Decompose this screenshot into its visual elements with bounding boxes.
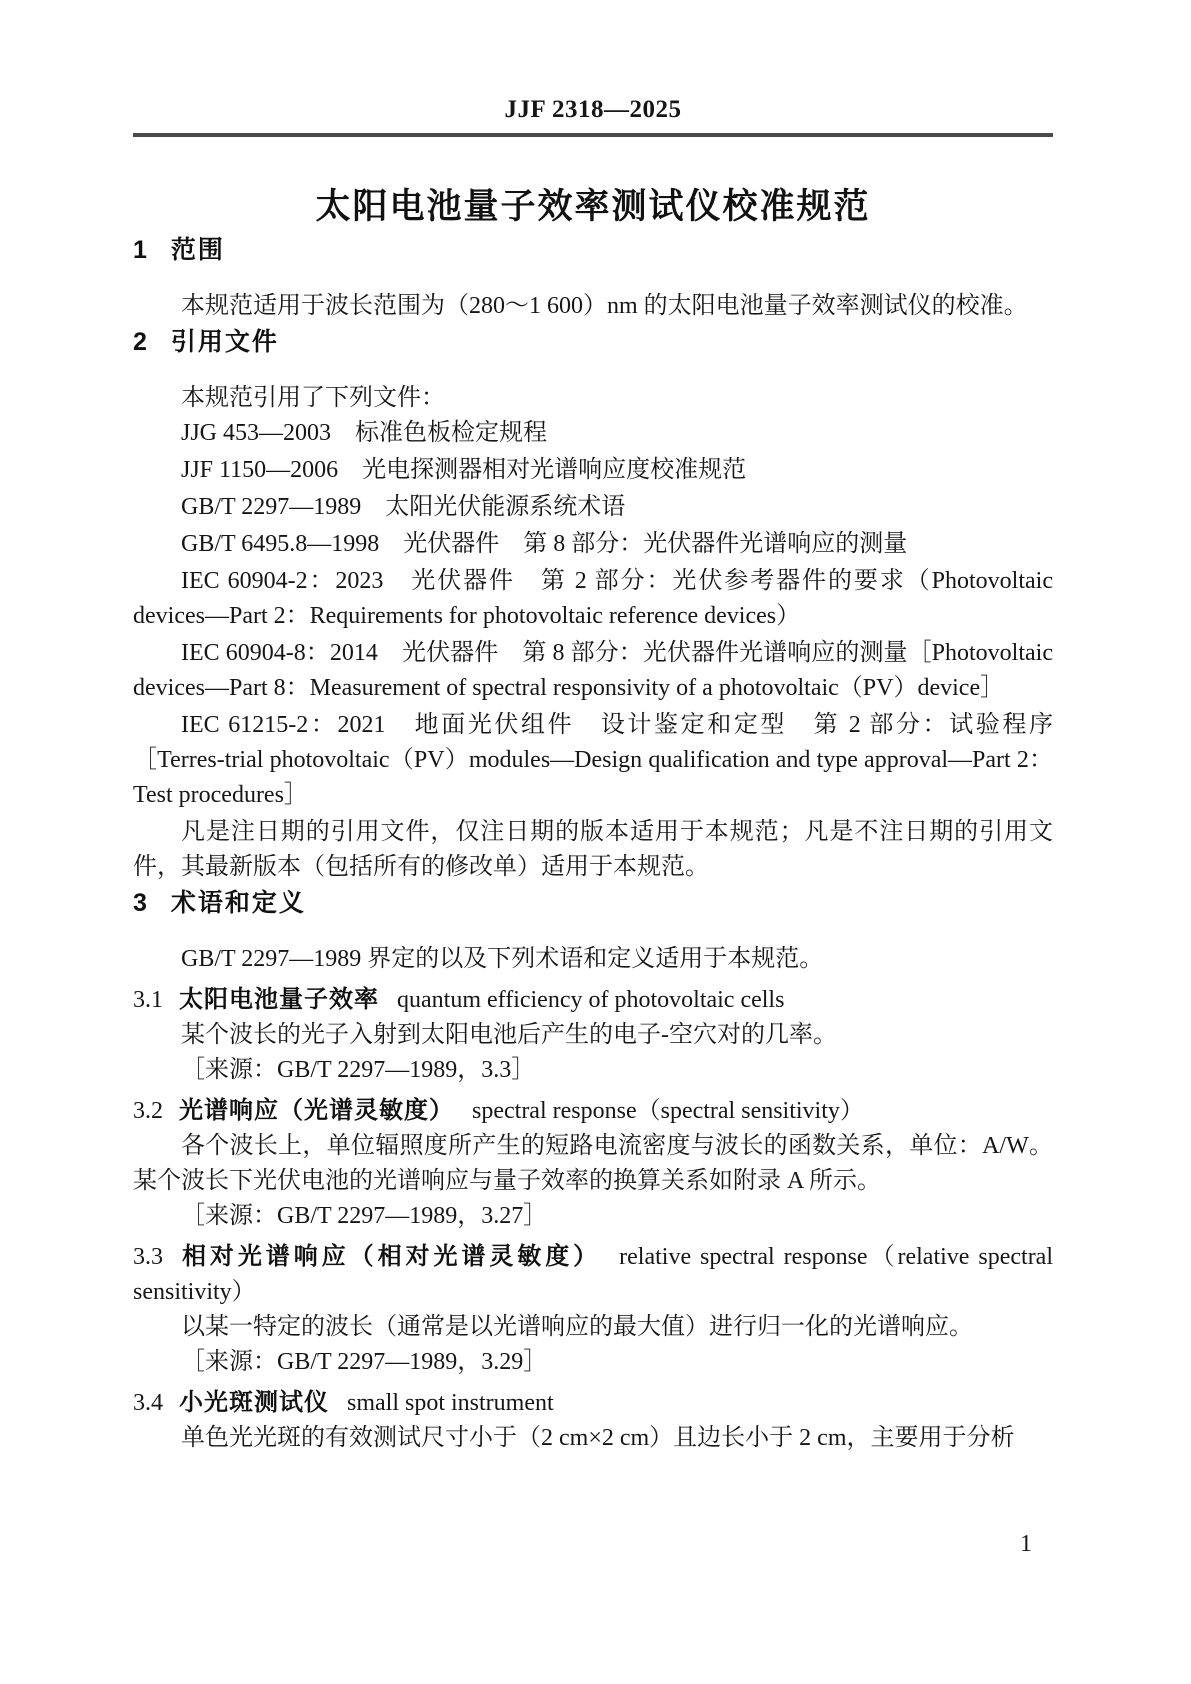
document-title: 太阳电池量子效率测试仪校准规范 bbox=[133, 182, 1053, 232]
section-number: 3 bbox=[133, 889, 147, 917]
term-number: 3.1 bbox=[133, 987, 163, 1013]
term-definition: 某个波长的光子入射到太阳电池后产生的电子-空穴对的几率。 bbox=[133, 1018, 1053, 1053]
reference-item: JJG 453—2003 标准色板检定规程 bbox=[133, 416, 1053, 451]
paragraph-terms-intro: GB/T 2297—1989 界定的以及下列术语和定义适用于本规范。 bbox=[133, 942, 1053, 977]
section-heading-1: 1范围 bbox=[133, 232, 1053, 268]
term-source: ［来源：GB/T 2297—1989，3.27］ bbox=[133, 1199, 1053, 1234]
header-rule bbox=[133, 133, 1053, 137]
term-name-en: small spot instrument bbox=[347, 1390, 554, 1416]
term-heading: 3.4小光斑测试仪small spot instrument bbox=[133, 1385, 1053, 1421]
section-title: 引用文件 bbox=[171, 328, 279, 356]
term-number: 3.4 bbox=[133, 1390, 163, 1416]
reference-item: GB/T 6495.8—1998 光伏器件 第 8 部分：光伏器件光谱响应的测量 bbox=[133, 527, 1053, 562]
term-name-zh: 小光斑测试仪 bbox=[179, 1389, 329, 1416]
section-heading-2: 2引用文件 bbox=[133, 324, 1053, 360]
term-name-en: spectral response（spectral sensitivity） bbox=[472, 1098, 864, 1124]
paragraph-scope: 本规范适用于波长范围为（280～1 600）nm 的太阳电池量子效率测试仪的校准… bbox=[133, 289, 1053, 324]
reference-item: IEC 60904-8：2014 光伏器件 第 8 部分：光伏器件光谱响应的测量… bbox=[133, 636, 1053, 706]
paragraph-references-intro: 本规范引用了下列文件： bbox=[133, 381, 1053, 416]
section-number: 1 bbox=[133, 236, 147, 264]
term-number: 3.3 bbox=[133, 1244, 163, 1270]
term-heading: 3.1太阳电池量子效率quantum efficiency of photovo… bbox=[133, 982, 1053, 1018]
reference-item: GB/T 2297—1989 太阳光伏能源系统术语 bbox=[133, 490, 1053, 525]
page-number: 1 bbox=[1020, 1528, 1032, 1560]
section-title: 范围 bbox=[171, 236, 225, 264]
term-source: ［来源：GB/T 2297—1989，3.29］ bbox=[133, 1345, 1053, 1380]
term-heading: 3.2光谱响应（光谱灵敏度）spectral response（spectral… bbox=[133, 1093, 1053, 1129]
reference-item: IEC 61215-2：2021 地面光伏组件 设计鉴定和定型 第 2 部分：试… bbox=[133, 708, 1053, 813]
reference-item: IEC 60904-2：2023 光伏器件 第 2 部分：光伏参考器件的要求（P… bbox=[133, 564, 1053, 634]
term-definition: 单色光光斑的有效测试尺寸小于（2 cm×2 cm）且边长小于 2 cm，主要用于… bbox=[133, 1421, 1053, 1456]
term-definition: 以某一特定的波长（通常是以光谱响应的最大值）进行归一化的光谱响应。 bbox=[133, 1310, 1053, 1345]
term-heading: 3.3相对光谱响应（相对光谱灵敏度）relative spectral resp… bbox=[133, 1239, 1053, 1310]
term-name-zh: 太阳电池量子效率 bbox=[179, 986, 379, 1013]
term-name-en: quantum efficiency of photovoltaic cells bbox=[397, 987, 784, 1013]
term-definition: 各个波长上，单位辐照度所产生的短路电流密度与波长的函数关系，单位：A/W。某个波… bbox=[133, 1129, 1053, 1199]
reference-item: JJF 1150—2006 光电探测器相对光谱响应度校准规范 bbox=[133, 453, 1053, 488]
term-source: ［来源：GB/T 2297—1989，3.3］ bbox=[133, 1053, 1053, 1088]
section-number: 2 bbox=[133, 328, 147, 356]
term-name-zh: 相对光谱响应（相对光谱灵敏度） bbox=[179, 1243, 601, 1270]
term-name-zh: 光谱响应（光谱灵敏度） bbox=[179, 1097, 454, 1124]
term-number: 3.2 bbox=[133, 1098, 163, 1124]
document-page: JJF 2318—2025 太阳电池量子效率测试仪校准规范 1范围 本规范适用于… bbox=[0, 0, 1191, 1684]
section-heading-3: 3术语和定义 bbox=[133, 885, 1053, 921]
section-title: 术语和定义 bbox=[171, 889, 306, 917]
doc-number: JJF 2318—2025 bbox=[133, 96, 1053, 124]
paragraph-dated-references-note: 凡是注日期的引用文件，仅注日期的版本适用于本规范；凡是不注日期的引用文件，其最新… bbox=[133, 815, 1053, 885]
